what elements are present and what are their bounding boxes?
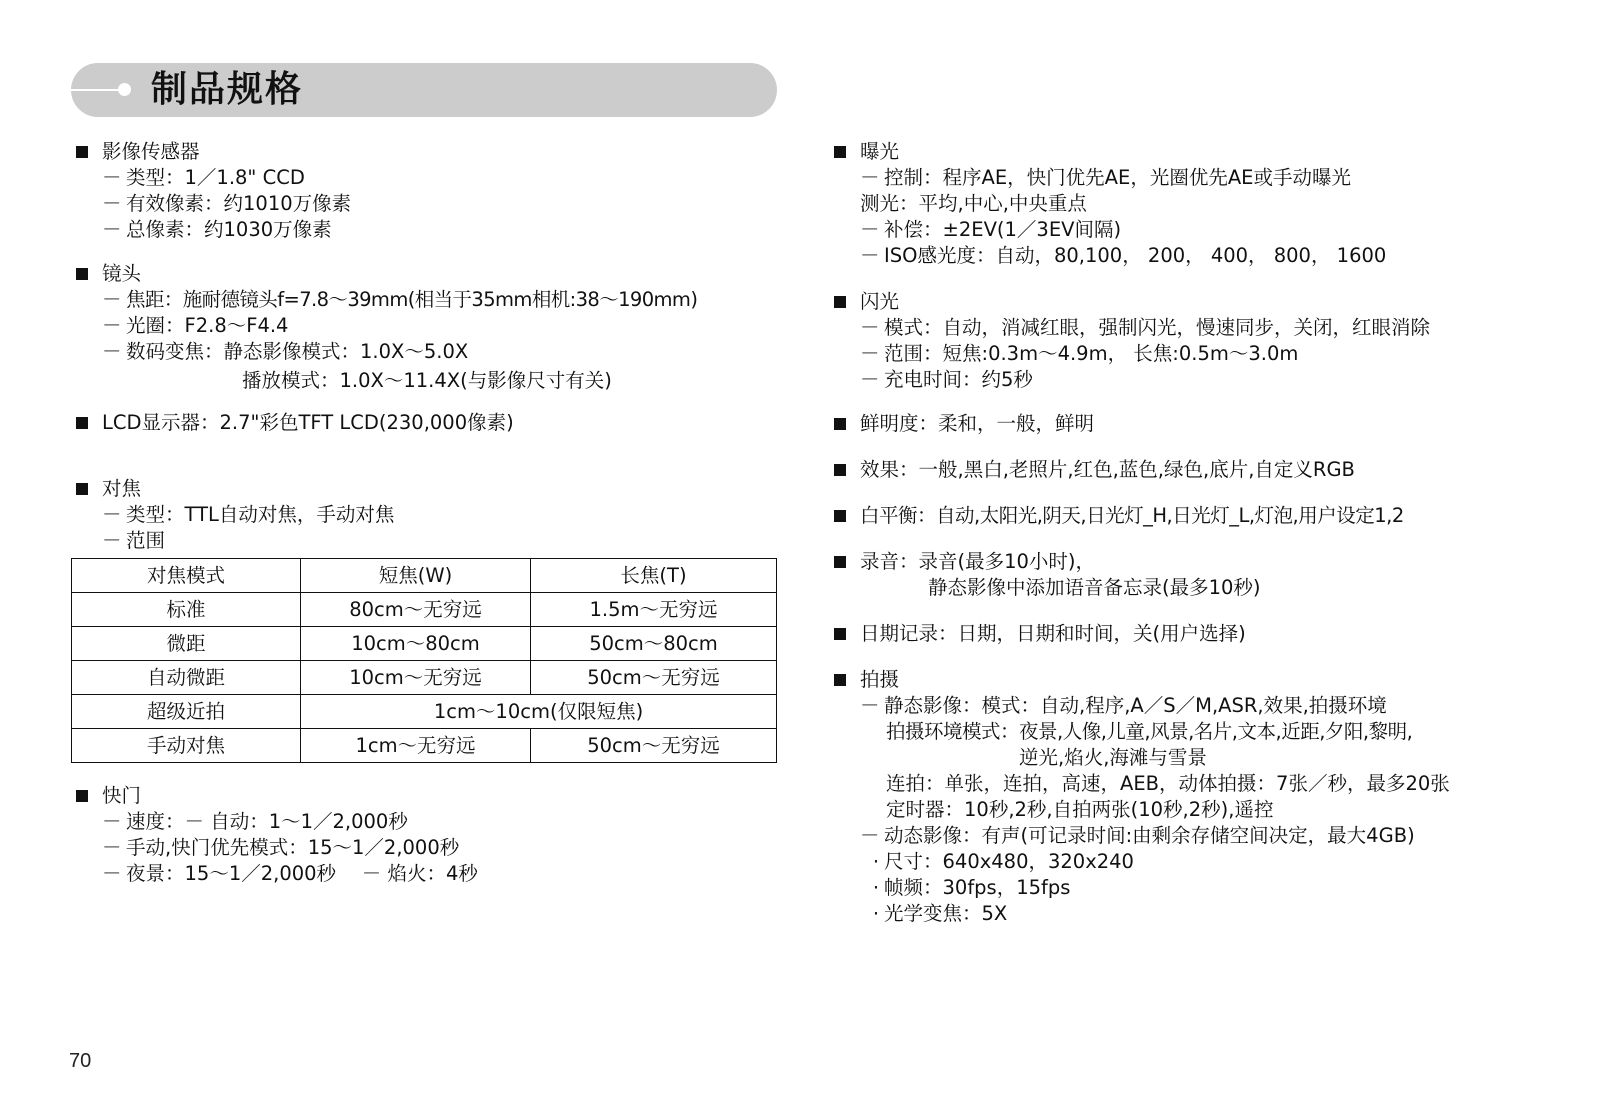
- spec-line: 范围: [126, 529, 165, 552]
- spec-line: 手动,快门优先模式：15～1／2,000秒: [126, 836, 459, 859]
- square-bullet-icon: [834, 146, 846, 158]
- dot-bullet-icon: ·: [868, 849, 884, 875]
- square-bullet-icon: [76, 146, 88, 158]
- dot-bullet-icon: ·: [868, 901, 884, 927]
- section-heading: 影像传感器: [102, 139, 200, 165]
- square-bullet-icon: [76, 268, 88, 280]
- spec-line: 控制：程序AE，快门优先AE，光圈优先AE或手动曝光: [884, 166, 1351, 189]
- spec-line: 光学变焦：5X: [884, 902, 1007, 925]
- spec-line: 帧频：30fps，15fps: [884, 876, 1070, 899]
- section-focus: 对焦 －类型：TTL自动对焦，手动对焦 －范围 对焦模式 短焦(W) 长焦(T)…: [76, 476, 776, 763]
- page-number: 70: [69, 1050, 91, 1073]
- spec-line: 补偿：±2EV(1／3EV间隔): [884, 218, 1121, 241]
- section-image-sensor: 影像传感器 －类型：1／1.8" CCD －有效像素：约1010万像素 －总像素…: [76, 139, 776, 243]
- spec-line: 类型：1／1.8" CCD: [126, 166, 305, 189]
- section-heading: LCD显示器：2.7"彩色TFT LCD(230,000像素): [102, 410, 514, 436]
- section-recording: 录音：录音(最多10小时)， 静态影像中添加语音备忘录(最多10秒): [834, 549, 1594, 601]
- table-header-cell: 长焦(T): [531, 559, 777, 593]
- title-line-decoration: [71, 89, 121, 91]
- table-cell: 10cm～无穷远: [301, 661, 531, 695]
- table-row: 微距 10cm～80cm 50cm～80cm: [72, 627, 777, 661]
- section-heading: 对焦: [102, 476, 141, 502]
- spec-line: 光圈：F2.8～F4.4: [126, 314, 288, 337]
- section-date-imprint: 日期记录：日期，日期和时间，关(用户选择): [834, 621, 1594, 647]
- section-exposure: 曝光 －控制：程序AE，快门优先AE，光圈优先AE或手动曝光 测光：平均,中心,…: [834, 139, 1594, 269]
- title-dot-icon: [118, 83, 131, 96]
- section-lcd: LCD显示器：2.7"彩色TFT LCD(230,000像素): [76, 410, 776, 436]
- section-heading: 鲜明度：柔和，一般，鲜明: [860, 411, 1094, 437]
- square-bullet-icon: [834, 556, 846, 568]
- page-title: 制品规格: [151, 68, 303, 112]
- table-cell-merged: 1cm～10cm(仅限短焦): [301, 695, 777, 729]
- spec-line: 尺寸：640x480，320x240: [884, 850, 1134, 873]
- page-title-banner: 制品规格: [71, 63, 777, 117]
- right-column: 曝光 －控制：程序AE，快门优先AE，光圈优先AE或手动曝光 测光：平均,中心,…: [834, 139, 1594, 927]
- square-bullet-icon: [76, 790, 88, 802]
- spec-line: 拍摄环境模式：夜景,人像,儿童,风景,名片,文本,近距,夕阳,黎明,: [886, 720, 1412, 743]
- spec-line: 类型：TTL自动对焦，手动对焦: [126, 503, 394, 526]
- spec-line: 有效像素：约1010万像素: [126, 192, 351, 215]
- spec-line: 数码变焦：静态影像模式：1.0X～5.0X: [126, 340, 468, 363]
- section-heading: 录音：录音(最多10小时)，: [860, 549, 1095, 575]
- section-heading: 快门: [102, 783, 141, 809]
- section-white-balance: 白平衡：自动,太阳光,阴天,日光灯_H,日光灯_L,灯泡,用户设定1,2: [834, 503, 1594, 529]
- table-cell: 标准: [72, 593, 301, 627]
- section-flash: 闪光 －模式：自动，消减红眼，强制闪光，慢速同步，关闭，红眼消除 －范围：短焦:…: [834, 289, 1594, 393]
- square-bullet-icon: [834, 296, 846, 308]
- spec-line: 充电时间：约5秒: [884, 368, 1033, 391]
- spec-line: 静态影像中添加语音备忘录(最多10秒): [928, 576, 1261, 599]
- spec-line: ISO感光度：自动，80,100， 200， 400， 800， 1600: [884, 244, 1386, 267]
- table-row: 超级近拍 1cm～10cm(仅限短焦): [72, 695, 777, 729]
- table-header-cell: 短焦(W): [301, 559, 531, 593]
- spec-line: 动态影像：有声(可记录时间:由剩余存储空间决定，最大4GB): [884, 824, 1415, 847]
- spec-line: 模式：自动，消减红眼，强制闪光，慢速同步，关闭，红眼消除: [884, 316, 1430, 339]
- section-heading: 闪光: [860, 289, 899, 315]
- section-effect: 效果：一般,黑白,老照片,红色,蓝色,绿色,底片,自定义RGB: [834, 457, 1594, 483]
- left-column: 影像传感器 －类型：1／1.8" CCD －有效像素：约1010万像素 －总像素…: [76, 139, 776, 887]
- table-header-cell: 对焦模式: [72, 559, 301, 593]
- table-cell: 自动微距: [72, 661, 301, 695]
- square-bullet-icon: [76, 417, 88, 429]
- spec-line: 夜景：15～1／2,000秒 － 焰火：4秒: [126, 862, 478, 885]
- square-bullet-icon: [834, 418, 846, 430]
- section-heading: 曝光: [860, 139, 899, 165]
- section-shooting: 拍摄 －静态影像：模式：自动,程序,A／S／M,ASR,效果,拍摄环境 拍摄环境…: [834, 667, 1594, 927]
- section-lens: 镜头 －焦距：施耐德镜头f=7.8～39mm(相当于35mm相机:38～190m…: [76, 261, 776, 394]
- section-sharpness: 鲜明度：柔和，一般，鲜明: [834, 411, 1594, 437]
- section-heading: 白平衡：自动,太阳光,阴天,日光灯_H,日光灯_L,灯泡,用户设定1,2: [860, 503, 1404, 529]
- spec-line: 连拍：单张，连拍，高速，AEB，动体拍摄：7张／秒，最多20张: [886, 772, 1450, 795]
- square-bullet-icon: [834, 510, 846, 522]
- section-heading: 效果：一般,黑白,老照片,红色,蓝色,绿色,底片,自定义RGB: [860, 457, 1355, 483]
- table-cell: 50cm～无穷远: [531, 729, 777, 763]
- spec-line: 定时器：10秒,2秒,自拍两张(10秒,2秒),遥控: [886, 798, 1273, 821]
- dot-bullet-icon: ·: [868, 875, 884, 901]
- spec-line: 范围：短焦:0.3m～4.9m， 长焦:0.5m～3.0m: [884, 342, 1298, 365]
- square-bullet-icon: [76, 483, 88, 495]
- spec-line: 速度：－ 自动：1～1／2,000秒: [126, 810, 408, 833]
- table-row: 自动微距 10cm～无穷远 50cm～无穷远: [72, 661, 777, 695]
- section-heading: 拍摄: [860, 667, 899, 693]
- spec-line: 测光：平均,中心,中央重点: [860, 192, 1087, 215]
- table-header-row: 对焦模式 短焦(W) 长焦(T): [72, 559, 777, 593]
- section-shutter: 快门 －速度：－ 自动：1～1／2,000秒 －手动,快门优先模式：15～1／2…: [76, 783, 776, 887]
- square-bullet-icon: [834, 464, 846, 476]
- table-cell: 超级近拍: [72, 695, 301, 729]
- spec-line: 总像素：约1030万像素: [126, 218, 332, 241]
- section-heading: 镜头: [102, 261, 141, 287]
- table-row: 手动对焦 1cm～无穷远 50cm～无穷远: [72, 729, 777, 763]
- table-cell: 50cm～80cm: [531, 627, 777, 661]
- square-bullet-icon: [834, 674, 846, 686]
- table-row: 标准 80cm～无穷远 1.5m～无穷远: [72, 593, 777, 627]
- table-cell: 微距: [72, 627, 301, 661]
- spec-line: 静态影像：模式：自动,程序,A／S／M,ASR,效果,拍摄环境: [884, 694, 1387, 717]
- spec-line: 焦距：施耐德镜头f=7.8～39mm(相当于35mm相机:38～190mm): [126, 288, 697, 311]
- table-cell: 1cm～无穷远: [301, 729, 531, 763]
- table-cell: 80cm～无穷远: [301, 593, 531, 627]
- square-bullet-icon: [834, 628, 846, 640]
- table-cell: 手动对焦: [72, 729, 301, 763]
- spec-line: 逆光,焰火,海滩与雪景: [1019, 746, 1207, 769]
- focus-range-table: 对焦模式 短焦(W) 长焦(T) 标准 80cm～无穷远 1.5m～无穷远 微距…: [71, 558, 777, 763]
- table-cell: 1.5m～无穷远: [531, 593, 777, 627]
- table-cell: 50cm～无穷远: [531, 661, 777, 695]
- spec-line: 播放模式：1.0X～11.4X(与影像尺寸有关): [242, 369, 612, 392]
- section-heading: 日期记录：日期，日期和时间，关(用户选择): [860, 621, 1246, 647]
- table-cell: 10cm～80cm: [301, 627, 531, 661]
